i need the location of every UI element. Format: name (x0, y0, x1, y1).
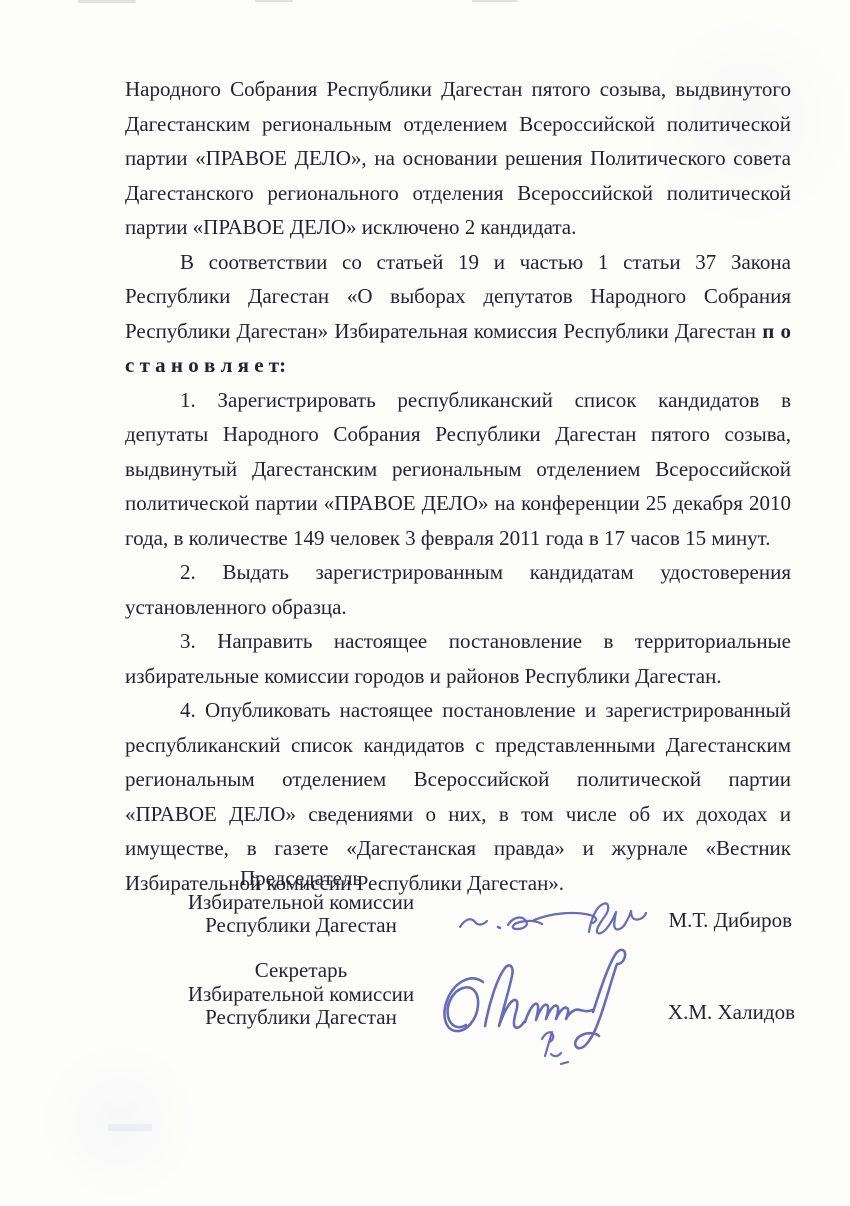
document-text: Народного Собрания Республики Дагестан п… (125, 72, 791, 900)
chairman-title-line: Председатель (125, 867, 477, 891)
resolution-item-3: 3. Направить настоящее постановление в т… (125, 624, 791, 693)
resolution-item-1: 1. Зарегистрировать республиканский спис… (125, 383, 791, 556)
preamble-paragraph: В соответствии со статьей 19 и частью 1 … (125, 245, 791, 383)
chairman-title-line: Республики Дагестан (125, 914, 477, 938)
continuation-paragraph: Народного Собрания Республики Дагестан п… (125, 72, 791, 245)
resolution-item-2: 2. Выдать зарегистрированным кандидатам … (125, 555, 791, 624)
secretary-signature-scrawl (425, 938, 660, 1080)
scan-artifact (78, 0, 136, 3)
chairman-name: М.Т. Дибиров (668, 908, 792, 933)
scan-artifact (255, 0, 293, 2)
chairman-title-block: Председатель Избирательной комиссии Респ… (125, 867, 477, 938)
scanned-document-page: Народного Собрания Республики Дагестан п… (0, 0, 850, 1206)
chairman-title-line: Избирательной комиссии (125, 891, 477, 915)
scan-artifact (472, 0, 518, 2)
secretary-name: Х.М. Халидов (668, 1000, 795, 1025)
scan-artifact (108, 1124, 152, 1131)
preamble-text: В соответствии со статьей 19 и частью 1 … (125, 250, 791, 343)
